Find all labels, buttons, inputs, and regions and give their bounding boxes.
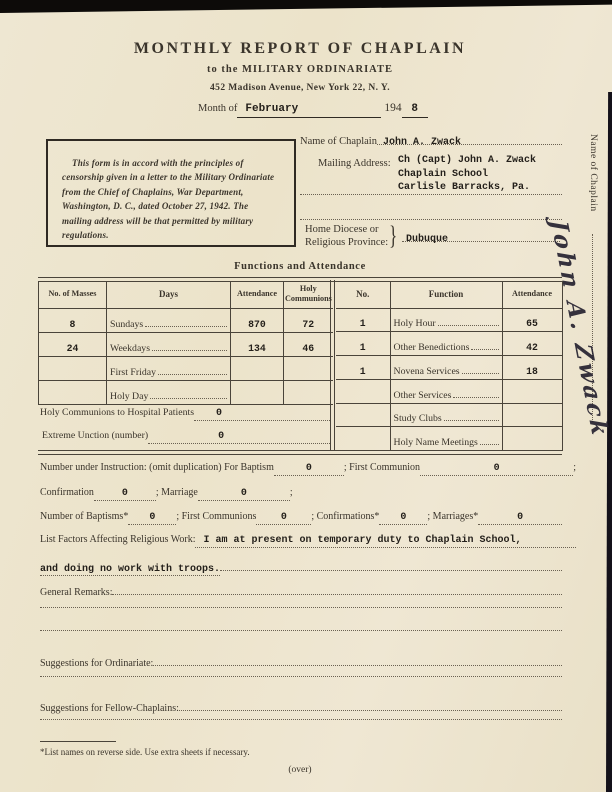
table-row: Study Clubs bbox=[336, 403, 562, 427]
function-label: Holy Hour bbox=[394, 318, 436, 329]
mailing-address-field: Ch (Capt) John A. Zwack Chaplain School … bbox=[398, 154, 536, 195]
blank-line bbox=[40, 676, 562, 677]
footnote-rule bbox=[40, 741, 116, 742]
year-prefix: 194 bbox=[384, 102, 401, 114]
communions-value: 46 bbox=[284, 332, 333, 356]
communions-value: 72 bbox=[284, 308, 333, 332]
chaplain-name-row: Name of Chaplain John A. Zwack bbox=[300, 131, 562, 147]
factors-continuation: and doing no work with troops. bbox=[40, 557, 562, 576]
day-label: Weekdays bbox=[110, 343, 150, 354]
function-attendance: 18 bbox=[502, 356, 562, 380]
factors-label: List Factors Affecting Religious Work: bbox=[40, 534, 195, 545]
function-count: 1 bbox=[336, 356, 390, 380]
masses-count: 24 bbox=[39, 332, 107, 356]
hospital-communions-value: 0 bbox=[216, 408, 222, 419]
general-remarks-row: General Remarks: bbox=[40, 581, 562, 598]
year-field: 8 bbox=[402, 103, 428, 118]
table-row: 8 Sundays 870 72 bbox=[39, 308, 333, 332]
day-label: First Friday bbox=[110, 367, 156, 378]
baptisms-field: 0 bbox=[128, 511, 176, 525]
function-count: 1 bbox=[336, 308, 390, 332]
blank-line bbox=[300, 219, 562, 220]
masses-count bbox=[39, 380, 107, 404]
col-header-communions: Holy Communions bbox=[284, 281, 333, 308]
function-label: Novena Services bbox=[394, 366, 460, 377]
col-header-attendance: Attendance bbox=[231, 281, 284, 308]
function-attendance bbox=[502, 427, 562, 451]
function-count: 1 bbox=[336, 332, 390, 356]
function-count bbox=[336, 427, 390, 451]
function-label: Other Services bbox=[394, 390, 452, 401]
hospital-communions-label: Holy Communions to Hospital Patients bbox=[40, 407, 194, 418]
blank-line bbox=[40, 630, 562, 631]
suggestions-fellow-label: Suggestions for Fellow-Chaplains: bbox=[40, 703, 179, 714]
masses-count: 8 bbox=[39, 308, 107, 332]
attendance-value: 870 bbox=[231, 308, 284, 332]
day-label: Sundays bbox=[110, 319, 143, 330]
first-communions-field: 0 bbox=[256, 511, 311, 525]
mailing-underline bbox=[300, 194, 562, 195]
function-count bbox=[336, 379, 390, 403]
extreme-unction-label: Extreme Unction (number) bbox=[42, 430, 148, 441]
communions-value bbox=[284, 380, 333, 404]
suggestions-fellow-row: Suggestions for Fellow-Chaplains: bbox=[40, 697, 562, 714]
form-page: MONTHLY REPORT OF CHAPLAIN to the MILITA… bbox=[0, 0, 612, 792]
marriage-instruction-field: 0 bbox=[198, 487, 290, 501]
confirmation-label: Confirmation bbox=[40, 487, 94, 498]
brace-glyph: } bbox=[389, 221, 397, 251]
footnote-text: *List names on reverse side. Use extra s… bbox=[40, 747, 250, 757]
function-attendance: 65 bbox=[502, 308, 562, 332]
col-header-masses: No. of Masses bbox=[39, 281, 107, 308]
table-row: 1 Other Benedictions 42 bbox=[336, 332, 562, 356]
form-title: MONTHLY REPORT OF CHAPLAIN bbox=[0, 40, 600, 58]
censorship-note-text: This form is in accord with the principl… bbox=[48, 141, 294, 242]
factors-row: List Factors Affecting Religious Work: I… bbox=[40, 534, 576, 548]
functions-table: No. Function Attendance 1 Holy Hour 65 1… bbox=[336, 281, 563, 451]
function-count bbox=[336, 403, 390, 427]
diocese-label: Home Diocese or Religious Province: bbox=[305, 224, 388, 249]
general-remarks-label: General Remarks: bbox=[40, 587, 112, 598]
month-label: Month of bbox=[198, 103, 237, 114]
chaplain-name-label: Name of Chaplain bbox=[300, 136, 377, 147]
instruction-prefix: Number under Instruction: (omit duplicat… bbox=[40, 462, 274, 473]
table-row: 24 Weekdays 134 46 bbox=[39, 332, 333, 356]
instruction-line-2: Confirmation 0 ; Marriage 0 ; bbox=[40, 487, 293, 501]
masses-count bbox=[39, 356, 107, 380]
col-header-no: No. bbox=[336, 281, 390, 308]
attendance-value bbox=[231, 380, 284, 404]
table-row: 1 Holy Hour 65 bbox=[336, 308, 562, 332]
censorship-note-box: This form is in accord with the principl… bbox=[46, 139, 296, 247]
first-communion-instruction-field: 0 bbox=[420, 462, 573, 476]
factors-typed-line-2: and doing no work with troops. bbox=[40, 564, 220, 576]
baptisms-label: Number of Baptisms* bbox=[40, 511, 128, 522]
table-row: Holy Day bbox=[39, 380, 333, 404]
mailing-address-label: Mailing Address: bbox=[318, 158, 391, 169]
blank-line bbox=[40, 719, 562, 720]
diocese-field: Dubuque bbox=[406, 234, 448, 245]
function-attendance bbox=[502, 403, 562, 427]
col-header-function: Function bbox=[390, 281, 502, 308]
diocese-row: Dubuque bbox=[402, 228, 560, 242]
form-subtitle: to the MILITARY ORDINARIATE bbox=[0, 64, 600, 75]
mailing-line-3: Carlisle Barracks, Pa. bbox=[398, 181, 536, 195]
hospital-communions-row: Holy Communions to Hospital Patients 0 bbox=[40, 407, 330, 421]
scan-edge-top bbox=[0, 0, 612, 13]
factors-typed-line-1: I am at present on temporary duty to Cha… bbox=[203, 535, 521, 546]
confirmation-instruction-field: 0 bbox=[94, 487, 156, 501]
marriages-field: 0 bbox=[478, 511, 562, 525]
function-attendance bbox=[502, 379, 562, 403]
function-label: Holy Name Meetings bbox=[394, 437, 478, 448]
blank-line bbox=[40, 607, 562, 608]
table-row: Holy Name Meetings bbox=[336, 427, 562, 451]
confirmations-field: 0 bbox=[379, 511, 427, 525]
col-header-attendance: Attendance bbox=[502, 281, 562, 308]
baptism-instruction-field: 0 bbox=[274, 462, 344, 476]
table-row: First Friday bbox=[39, 356, 333, 380]
day-label: Holy Day bbox=[110, 391, 148, 402]
chaplain-name-field: John A. Zwack bbox=[383, 137, 461, 148]
communions-value bbox=[284, 356, 333, 380]
suggestions-ordinariate-label: Suggestions for Ordinariate: bbox=[40, 658, 153, 669]
instruction-line-1: Number under Instruction: (omit duplicat… bbox=[40, 462, 576, 476]
suggestions-ordinariate-row: Suggestions for Ordinariate: bbox=[40, 652, 562, 669]
attendance-value bbox=[231, 356, 284, 380]
masses-table: No. of Masses Days Attendance Holy Commu… bbox=[38, 281, 333, 405]
col-header-days: Days bbox=[107, 281, 231, 308]
section-title: Functions and Attendance bbox=[38, 261, 562, 272]
table-row: Other Services bbox=[336, 379, 562, 403]
attendance-value: 134 bbox=[231, 332, 284, 356]
month-field: February bbox=[237, 103, 381, 118]
table-row: 1 Novena Services 18 bbox=[336, 356, 562, 380]
function-attendance: 42 bbox=[502, 332, 562, 356]
function-label: Other Benedictions bbox=[394, 342, 470, 353]
extreme-unction-value: 0 bbox=[218, 431, 224, 442]
function-label: Study Clubs bbox=[394, 413, 442, 424]
ordinariate-address: 452 Madison Avenue, New York 22, N. Y. bbox=[0, 83, 600, 93]
sacrament-counts-line: Number of Baptisms* 0 ; First Communions… bbox=[40, 511, 562, 525]
extreme-unction-row: Extreme Unction (number) 0 bbox=[42, 430, 330, 444]
margin-vertical-label: Name of Chaplain bbox=[588, 134, 598, 212]
month-row: Month of February 194 8 bbox=[198, 102, 428, 118]
mailing-line-1: Ch (Capt) John A. Zwack bbox=[398, 154, 536, 168]
mailing-line-2: Chaplain School bbox=[398, 168, 536, 182]
over-label: (over) bbox=[38, 765, 562, 775]
